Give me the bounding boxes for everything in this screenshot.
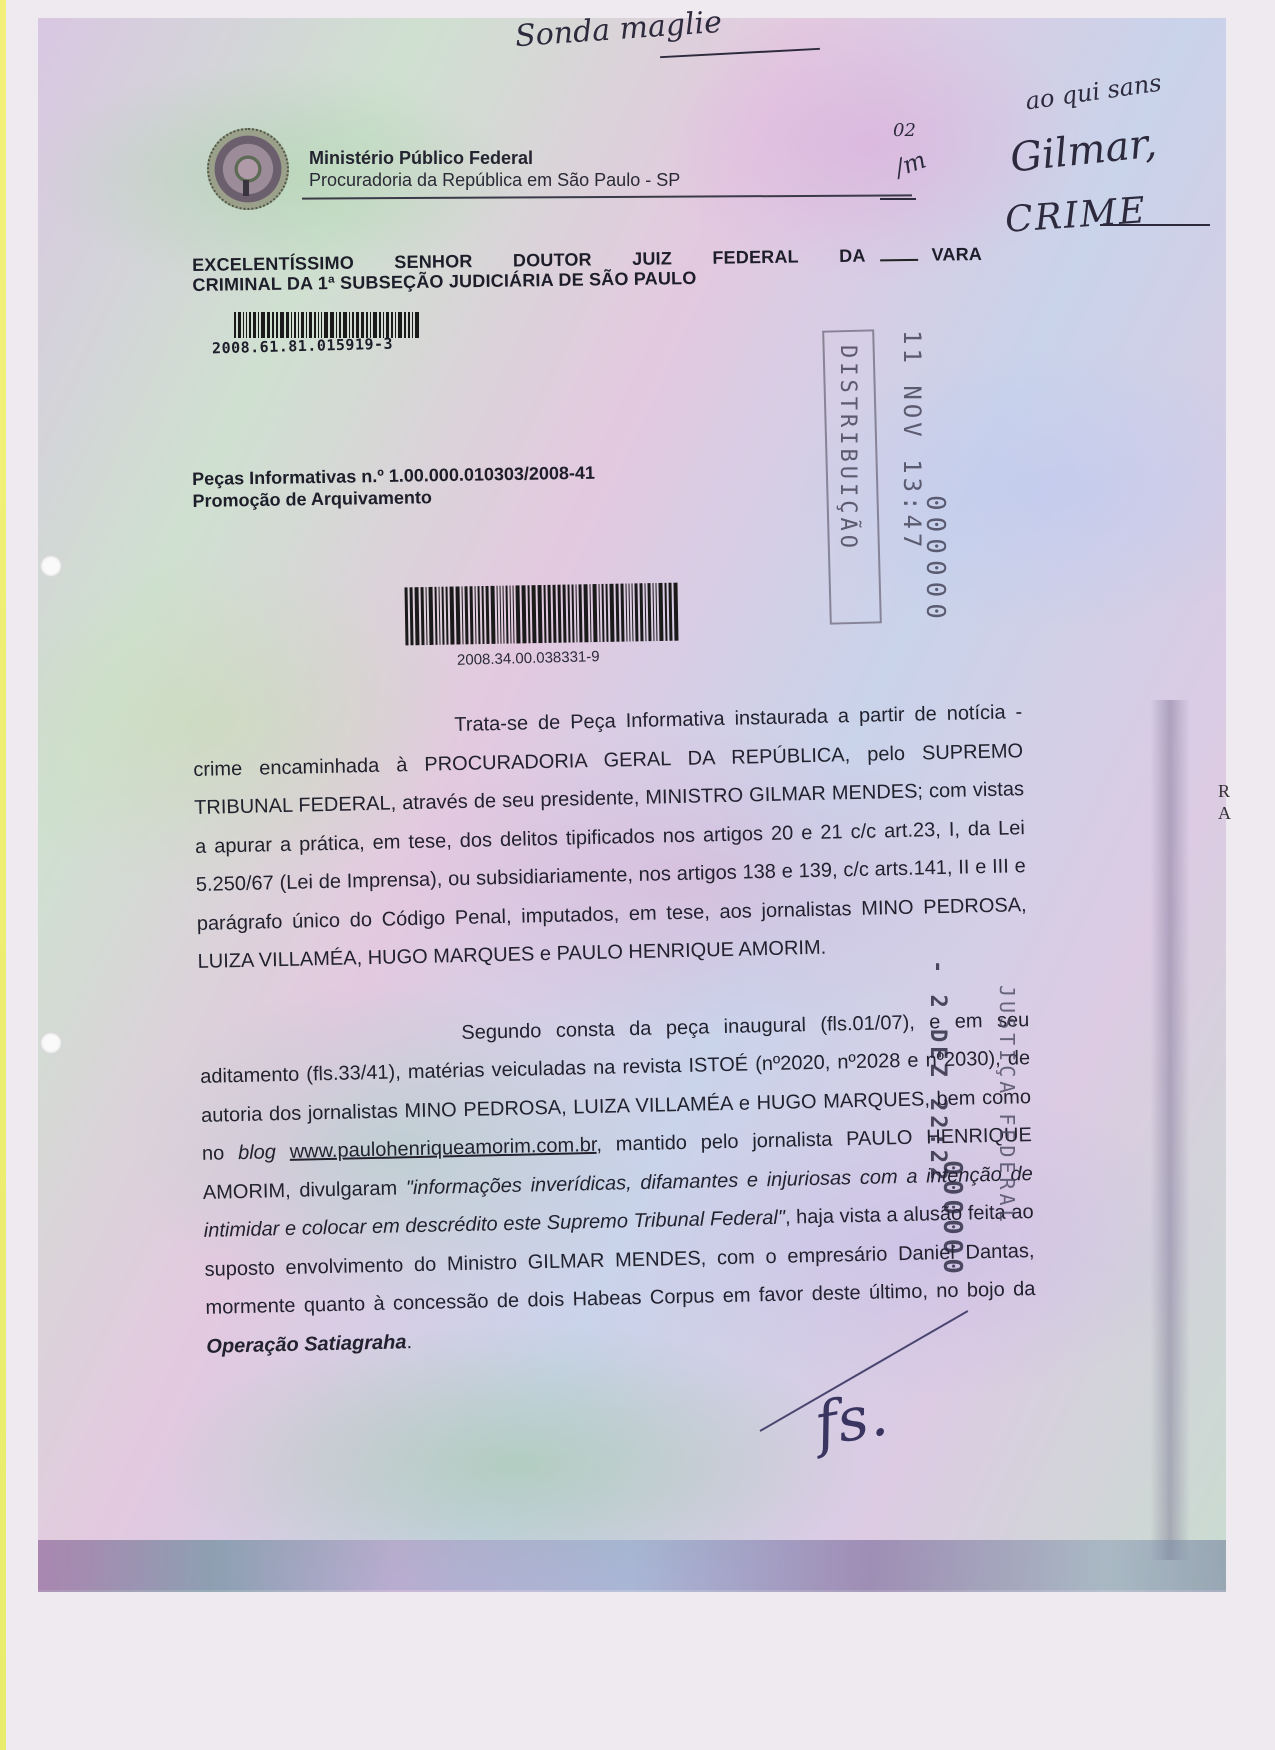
barcode-bar (356, 312, 359, 338)
barcode-bar (291, 312, 292, 338)
barcode-bar (583, 584, 588, 642)
barcode-bar (567, 585, 570, 643)
signature-rubric: fs. (809, 1379, 892, 1460)
blank-field (879, 247, 917, 262)
blog-link[interactable]: www.paulohenriqueamorim.com.br (289, 1134, 596, 1163)
barcode-bar (286, 312, 289, 338)
barcode-bar (301, 312, 304, 338)
barcode-bar (605, 584, 608, 642)
barcode-bar (246, 312, 247, 338)
barcode-bar (361, 312, 364, 338)
barcode-bar (598, 584, 600, 642)
barcode-bar (668, 583, 672, 641)
barcode-bar (408, 312, 410, 338)
barcode-bar (261, 312, 265, 338)
barcode-bar (478, 586, 481, 644)
barcode-bar (456, 586, 461, 644)
barcode-bar (592, 584, 597, 642)
barcode-bar (276, 312, 278, 338)
barcode-bar (644, 583, 646, 641)
barcode-bar (415, 312, 419, 338)
barcode-bar (512, 586, 514, 644)
barcode-bar (330, 312, 334, 338)
barcode-bar (500, 586, 502, 644)
document-body: Trata-se de Peça Informativa instaurada … (192, 693, 1037, 1366)
barcode-bar (543, 585, 546, 643)
barcode-bar (318, 312, 319, 338)
barcode-bar (450, 587, 455, 645)
margin-text: R A (1218, 780, 1231, 824)
barcode-bar (234, 312, 236, 338)
addressee-word: FEDERAL (712, 247, 799, 268)
barcode-bar (486, 586, 490, 644)
addressee-word: EXCELENTÍSSIMO (192, 253, 354, 275)
barcode-bar (366, 312, 368, 338)
barcode-bar (339, 312, 341, 338)
barcode-bar (253, 312, 256, 338)
barcode-bar (415, 587, 420, 645)
addressee-word: DA (839, 246, 866, 266)
barcode-bar (620, 584, 624, 642)
barcode-bar (294, 312, 296, 338)
barcode-bar (309, 312, 312, 338)
barcode-bar (531, 585, 536, 643)
barcode-bar (421, 587, 425, 645)
barcode-bar (634, 583, 638, 641)
barcode-top (234, 312, 421, 338)
justice-stamp-seq: 000000 (937, 1160, 967, 1278)
org-subtitle: Procuradoria da República em São Paulo -… (309, 169, 680, 191)
barcode-bar (625, 584, 627, 642)
barcode-bar (639, 583, 643, 641)
barcode-bar (647, 583, 651, 641)
folio-underline (880, 198, 916, 200)
barcode-bar (505, 586, 508, 644)
barcode-bar (426, 587, 428, 645)
barcode-bar (497, 586, 499, 644)
protocol-stamp-seq: 000000 (920, 495, 950, 625)
barcode-bar (609, 584, 614, 642)
barcode-bar (664, 583, 667, 641)
barcode-bar (557, 585, 561, 643)
barcode-bar (571, 584, 574, 642)
barcode-bar (475, 586, 477, 644)
barcode-bar (562, 585, 566, 643)
barcode-bar (502, 586, 504, 644)
barcode-bar (336, 312, 337, 338)
justice-stamp-date: - 2 DEZ 22:22 (925, 960, 950, 1184)
subject: Peças Informativas n.º 1.00.000.010303/2… (192, 462, 596, 512)
barcode-bar (470, 586, 474, 644)
barcode-bar (655, 583, 657, 641)
scan-bottom-edge (38, 1540, 1226, 1592)
paragraph-1: Trata-se de Peça Informativa instaurada … (192, 693, 1028, 981)
justice-stamp-org: JUSTIÇA FEDERAL (995, 985, 1019, 1226)
barcode-bar (465, 586, 469, 644)
folio-number: 02 (893, 120, 916, 141)
barcode-bar (243, 312, 244, 338)
barcode-bar (412, 312, 413, 338)
barcode-bar (575, 584, 577, 642)
barcode-bar (324, 312, 328, 338)
barcode-bar (628, 583, 630, 641)
barcode-bar (370, 312, 371, 338)
barcode-bar (552, 585, 556, 643)
addressee-word: DOUTOR (513, 249, 592, 270)
barcode-bar (343, 312, 347, 338)
barcode-bar (578, 584, 582, 642)
protocol-stamp-text: DISTRIBUIÇÃO (835, 345, 860, 552)
addressee-word: SENHOR (394, 251, 472, 272)
barcode-bar (238, 312, 241, 338)
paragraph-2: Segundo consta da peça inaugural (fls.01… (199, 1001, 1037, 1366)
barcode-bar (258, 312, 259, 338)
barcode-bar (547, 585, 551, 643)
barcode-bar (429, 587, 434, 645)
punch-hole (40, 555, 62, 577)
barcode-bar (280, 312, 284, 338)
addressee-word: VARA (931, 244, 982, 265)
barcode-bar (615, 584, 619, 642)
barcode-bar (601, 584, 604, 642)
barcode-bar (314, 312, 316, 338)
barcode-bar (405, 587, 409, 645)
republic-emblem-icon (207, 128, 289, 210)
barcode-bar (249, 312, 251, 338)
barcode-bar (404, 312, 406, 338)
org-name: Ministério Público Federal (309, 147, 680, 169)
barcode-bar (442, 587, 445, 645)
barcode-bar (652, 583, 654, 641)
barcode-bar (398, 312, 402, 338)
barcode-bar (298, 312, 299, 338)
barcode-bar (349, 312, 350, 338)
barcode-bar (395, 312, 396, 338)
barcode-bar (527, 585, 530, 643)
barcode-bar (306, 312, 307, 338)
fold-shadow (1150, 700, 1190, 1560)
barcode-bar (435, 587, 438, 645)
barcode-mid (405, 583, 681, 646)
barcode-bar (446, 587, 449, 645)
barcode-bar (267, 312, 270, 338)
barcode-bar (589, 584, 591, 642)
barcode-bar (410, 587, 414, 645)
barcode-bar (352, 312, 354, 338)
barcode-bar (321, 312, 322, 338)
barcode-bar (658, 583, 663, 641)
addressee-word: JUIZ (632, 248, 672, 269)
handwritten-underline (1100, 224, 1210, 226)
barcode-bar (462, 586, 464, 644)
barcode-bar (521, 585, 526, 643)
barcode-bar (673, 583, 678, 641)
barcode-bar (509, 586, 511, 644)
barcode-bar (631, 583, 633, 641)
barcode-bar (491, 586, 496, 644)
barcode-bar (439, 587, 441, 645)
barcode-bar (537, 585, 542, 643)
barcode-bar (482, 586, 485, 644)
punch-hole (40, 1032, 62, 1054)
page-edge (0, 0, 6, 1750)
barcode-bar (515, 585, 520, 643)
barcode-bar (272, 312, 274, 338)
